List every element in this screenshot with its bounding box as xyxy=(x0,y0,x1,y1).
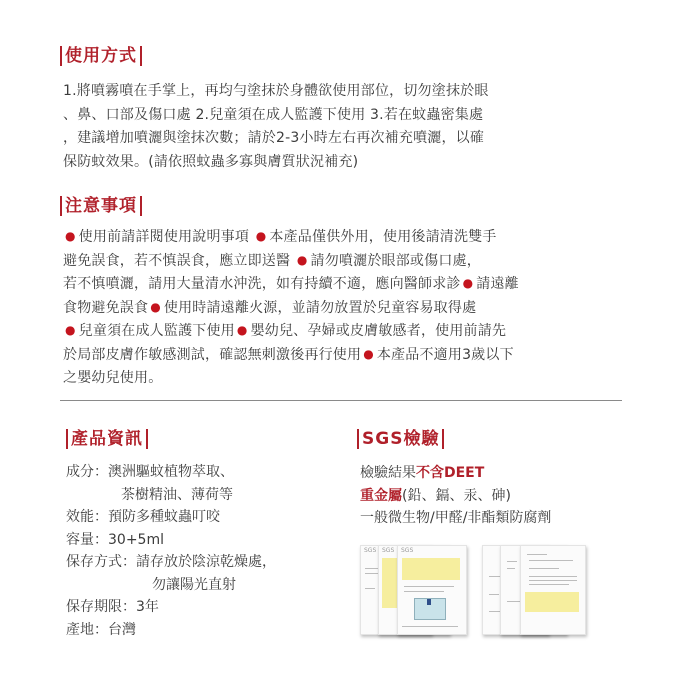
note-text: 之嬰幼兒使用。 xyxy=(63,370,162,386)
notes-list: ●使用前請詳閱使用說明事項 ●本產品僅供外用，使用後請清洗雙手 避免誤食，若不慎… xyxy=(63,226,519,391)
notes-line: 於局部皮膚作敏感測試，確認無刺激後再行使用●本產品不適用3歲以下 xyxy=(63,344,519,368)
product-info-list: 成分：澳洲驅蚊植物萃取、 茶樹精油、薄荷等 效能：預防多種蚊蟲叮咬 容量：30+… xyxy=(66,461,276,641)
sgs-logo: SGS xyxy=(382,547,394,554)
note-text: 嬰幼兒、孕婦或皮膚敏感者，使用前請先 xyxy=(251,323,507,339)
info-row-ingredients-cont: 茶樹精油、薄荷等 xyxy=(66,484,276,507)
note-text: 避免誤食，若不慎誤食，應立即送醫 xyxy=(63,253,295,269)
title-bar-right xyxy=(140,196,142,216)
bullet-icon: ● xyxy=(65,323,76,337)
notes-line: 若不慎噴灑，請用大量清水沖洗，如有持續不適，應向醫師求診●請遠離 xyxy=(63,273,519,297)
report-page xyxy=(520,545,586,635)
note-text: 本產品不適用3歲以下 xyxy=(377,347,514,363)
bullet-icon: ● xyxy=(150,300,161,314)
sgs-text: (鉛、鎘、汞、砷) xyxy=(402,488,511,504)
usage-instructions: 1.將噴霧噴在手掌上，再均勻塗抹於身體欲使用部位，切勿塗抹於眼 、鼻、口部及傷口… xyxy=(63,80,489,174)
sgs-report-images-left: SGS SGS SGS xyxy=(360,545,470,645)
notes-line: ●使用前請詳閱使用說明事項 ●本產品僅供外用，使用後請清洗雙手 xyxy=(63,226,519,250)
notes-section-title: 注意事項 xyxy=(60,195,142,217)
usage-title-text: 使用方式 xyxy=(62,45,140,67)
info-row-shelf-life: 保存期限：3年 xyxy=(66,596,276,619)
info-row-efficacy: 效能：預防多種蚊蟲叮咬 xyxy=(66,506,276,529)
bullet-icon: ● xyxy=(65,229,76,243)
product-info-title-text: 產品資訊 xyxy=(68,428,146,450)
sgs-report-images-right xyxy=(482,545,592,645)
info-row-origin: 產地：台灣 xyxy=(66,619,276,642)
bullet-icon: ● xyxy=(463,276,474,290)
notes-title-text: 注意事項 xyxy=(62,195,140,217)
info-row-volume: 容量：30+5ml xyxy=(66,529,276,552)
section-divider xyxy=(60,400,622,401)
bullet-icon: ● xyxy=(297,253,308,267)
product-info-title: 產品資訊 xyxy=(66,428,148,450)
usage-line: 1.將噴霧噴在手掌上，再均勻塗抹於身體欲使用部位，切勿塗抹於眼 xyxy=(63,80,489,104)
sgs-logo: SGS xyxy=(364,547,376,554)
usage-line: 保防蚊效果。(請依照蚊蟲多寡與膚質狀況補充) xyxy=(63,151,489,175)
note-text: 若不慎噴灑，請用大量清水沖洗，如有持續不適，應向醫師求診 xyxy=(63,276,461,292)
notes-line: ●兒童須在成人監護下使用●嬰幼兒、孕婦或皮膚敏感者，使用前請先 xyxy=(63,320,519,344)
sgs-highlight: 不含DEET xyxy=(416,465,484,481)
bullet-icon: ● xyxy=(237,323,248,337)
sgs-results: 檢驗結果不含DEET 重金屬(鉛、鎘、汞、砷) 一般微生物/甲醛/非酯類防腐劑 xyxy=(360,462,551,530)
report-page: SGS xyxy=(397,545,467,635)
note-text: 食物避免誤食 xyxy=(63,300,148,316)
sgs-result-metals: 重金屬(鉛、鎘、汞、砷) xyxy=(360,485,551,508)
note-text: 請勿噴灑於眼部或傷口處， xyxy=(311,253,481,269)
sgs-title-text: SGS檢驗 xyxy=(359,428,442,450)
notes-line: 之嬰幼兒使用。 xyxy=(63,367,519,391)
notes-line: 食物避免誤食●使用時請遠離火源，並請勿放置於兒童容易取得處 xyxy=(63,297,519,321)
sgs-title: SGS檢驗 xyxy=(357,428,444,450)
note-text: 請遠離 xyxy=(476,276,519,292)
info-row-storage: 保存方式：請存放於陰涼乾燥處， xyxy=(66,551,276,574)
sgs-logo: SGS xyxy=(401,547,413,554)
bullet-icon: ● xyxy=(363,347,374,361)
title-bar-right xyxy=(140,46,142,66)
sgs-result-deet: 檢驗結果不含DEET xyxy=(360,462,551,485)
usage-section-title: 使用方式 xyxy=(60,45,142,67)
product-test-photo xyxy=(414,598,446,620)
note-text: 於局部皮膚作敏感測試，確認無刺激後再行使用 xyxy=(63,347,361,363)
title-bar-right xyxy=(442,429,444,449)
usage-line: 、鼻、口部及傷口處 2.兒童須在成人監護下使用 3.若在蚊蟲密集處 xyxy=(63,104,489,128)
note-text: 使用前請詳閱使用說明事項 xyxy=(79,229,254,245)
info-row-storage-cont: 勿讓陽光直射 xyxy=(66,574,276,597)
note-text: 本產品僅供外用，使用後請清洗雙手 xyxy=(269,229,496,245)
sgs-highlight: 重金屬 xyxy=(360,488,402,504)
notes-line: 避免誤食，若不慎誤食，應立即送醫 ●請勿噴灑於眼部或傷口處， xyxy=(63,250,519,274)
bullet-icon: ● xyxy=(256,229,267,243)
info-row-ingredients: 成分：澳洲驅蚊植物萃取、 xyxy=(66,461,276,484)
sgs-result-microbes: 一般微生物/甲醛/非酯類防腐劑 xyxy=(360,507,551,530)
note-text: 使用時請遠離火源，並請勿放置於兒童容易取得處 xyxy=(164,300,476,316)
title-bar-right xyxy=(146,429,148,449)
note-text: 兒童須在成人監護下使用 xyxy=(79,323,235,339)
sgs-text: 檢驗結果 xyxy=(360,465,416,481)
usage-line: ，建議增加噴灑與塗抹次數；請於2-3小時左右再次補充噴灑，以確 xyxy=(63,127,489,151)
